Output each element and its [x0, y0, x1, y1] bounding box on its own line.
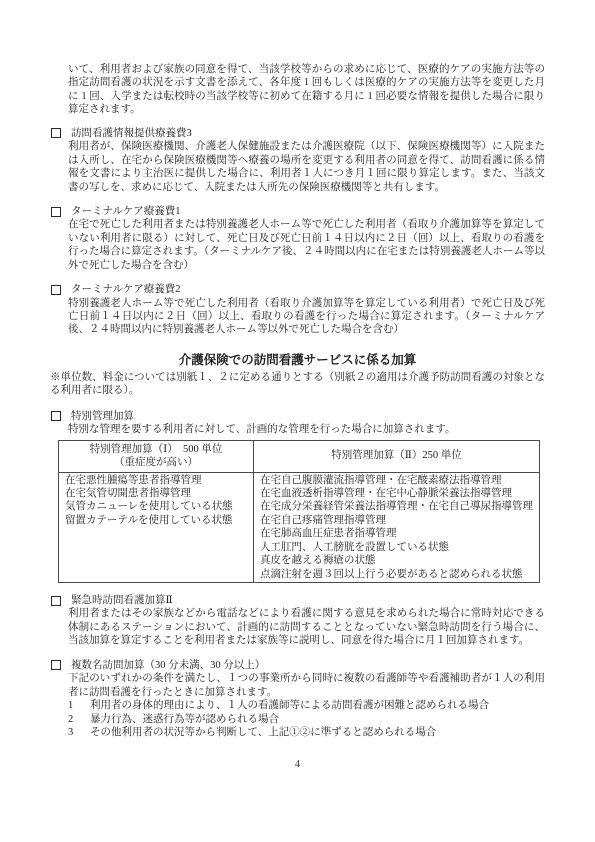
continuation-paragraph: いて、利用者および家族の同意を得て、当該学校等からの求めに応じて、医療的ケアの実…	[68, 63, 545, 117]
condition-item: 3 その他利用者の状況等から判断して、上記①②に準ずると認められる場合	[68, 726, 545, 739]
checkbox-icon	[51, 660, 61, 670]
section-title: 緊急時訪問看護加算Ⅱ	[71, 594, 173, 607]
kaigo-hoken-heading: 介護保険での訪問看護サービスに係る加算	[50, 352, 545, 368]
table-col1-header-line2: （重症度が高い）	[63, 456, 249, 469]
table-cell-line: 在宅血液透析指導管理・在宅中心静脈栄養法指導管理	[260, 487, 533, 500]
section-title: ターミナルケア療養費2	[71, 283, 181, 296]
table-cell-line: 在宅悪性腫瘍等患者指導管理	[65, 474, 247, 487]
condition-item: 2 暴力行為、迷惑行為等が認められる場合	[68, 713, 545, 726]
section-title: 特別管理加算	[71, 410, 134, 423]
special-management-table: 特別管理加算（Ⅰ） 500 単位 （重症度が高い） 特別管理加算（Ⅱ）250 単…	[58, 440, 540, 583]
table-cell-line: 在宅成分栄養経管栄養法指導管理・在宅自己導尿指導管理	[260, 500, 533, 513]
table-col1-header: 特別管理加算（Ⅰ） 500 単位 （重症度が高い）	[59, 440, 254, 472]
section-heading-row: 訪問看護情報提供療養費3	[50, 127, 545, 140]
section-title: 複数名訪問加算（30 分未満、30 分以上）	[71, 659, 265, 672]
table-cell-line: 在宅自己疼痛管理指導管理	[260, 514, 533, 527]
checkbox-icon	[51, 128, 61, 138]
table-cell-line: 点滴注射を週３回以上行う必要があると認められる状態	[260, 568, 533, 581]
section-title: 訪問看護情報提供療養費3	[71, 127, 192, 140]
table-col2-cell: 在宅自己腹膜灌流指導管理・在宅酸素療法指導管理 在宅血液透析指導管理・在宅中心静…	[254, 472, 540, 583]
section-houmon-kango-jouhou-teikyou-3: 訪問看護情報提供療養費3 利用者が、保険医療機関、介護老人保健施設または介護医療…	[50, 127, 545, 194]
condition-number: 3	[68, 726, 90, 739]
checkbox-icon	[51, 411, 61, 421]
checkbox-icon	[51, 285, 61, 295]
section-terminal-care-1: ターミナルケア療養費1 在宅で死亡した利用者または特別養護老人ホーム等で死亡した…	[50, 205, 545, 272]
table-cell-line: 在宅肺高血圧症患者指導管理	[260, 527, 533, 540]
condition-item: 1 利用者の身体的理由により、１人の看護師等による訪問看護が困難と認められる場合	[68, 699, 545, 712]
table-cell-line: 真皮を越える褥瘡の状態	[260, 554, 533, 567]
section-heading-row: 複数名訪問加算（30 分未満、30 分以上）	[50, 659, 545, 672]
section-body: 特別な管理を要する利用者に対して、計画的な管理を行った場合に加算されます。	[68, 423, 545, 436]
section-heading-row: 緊急時訪問看護加算Ⅱ	[50, 594, 545, 607]
section-heading-row: 特別管理加算	[50, 410, 545, 423]
checkbox-icon	[51, 207, 61, 217]
condition-text: 暴力行為、迷惑行為等が認められる場合	[90, 713, 279, 726]
section-kinkyuji-houmon-kango-kasan-2: 緊急時訪問看護加算Ⅱ 利用者またはその家族などから電話などにより看護に関する意見…	[50, 594, 545, 648]
section-terminal-care-2: ターミナルケア療養費2 特別養護老人ホーム等で死亡した利用者（看取り介護加算等を…	[50, 283, 545, 337]
condition-number: 2	[68, 713, 90, 726]
unit-price-note: ※単位数、料金については別紙１、２に定める通りとする（別紙２の適用は介護予防訪問…	[50, 371, 545, 398]
section-title: ターミナルケア療養費1	[71, 205, 181, 218]
document-page: いて、利用者および家族の同意を得て、当該学校等からの求めに応じて、医療的ケアの実…	[0, 0, 595, 842]
section-tokubetsu-kanri-kasan: 特別管理加算 特別な管理を要する利用者に対して、計画的な管理を行った場合に加算さ…	[50, 410, 545, 583]
table-cell-line: 気管カニューレを使用している状態	[65, 500, 247, 513]
table-cell-line: 留置カテーテルを使用している状態	[65, 514, 247, 527]
table-cell-line: 在宅自己腹膜灌流指導管理・在宅酸素療法指導管理	[260, 474, 533, 487]
condition-number: 1	[68, 699, 90, 712]
section-body: 利用者またはその家族などから電話などにより看護に関する意見を求められた場合に常時…	[68, 607, 545, 647]
section-body: 下記のいずれかの条件を満たし、１つの事業所から同時に複数の看護師等や看護補助者が…	[68, 672, 545, 699]
page-number: 4	[0, 758, 595, 771]
section-body: 在宅で死亡した利用者または特別養護老人ホーム等で死亡した利用者（看取り介護加算等…	[68, 218, 545, 272]
section-body: 利用者が、保険医療機関、介護老人保健施設または介護医療院（以下、保険医療機関等）…	[68, 140, 545, 194]
condition-text: その他利用者の状況等から判断して、上記①②に準ずると認められる場合	[90, 726, 436, 739]
table-body-row: 在宅悪性腫瘍等患者指導管理 在宅気管切開患者指導管理 気管カニューレを使用してい…	[59, 472, 540, 583]
table-col1-cell: 在宅悪性腫瘍等患者指導管理 在宅気管切開患者指導管理 気管カニューレを使用してい…	[59, 472, 254, 583]
condition-text: 利用者の身体的理由により、１人の看護師等による訪問看護が困難と認められる場合	[90, 699, 489, 712]
table-cell-line: 在宅気管切開患者指導管理	[65, 487, 247, 500]
table-col2-header: 特別管理加算（Ⅱ）250 単位	[254, 440, 540, 472]
checkbox-icon	[51, 596, 61, 606]
table-col1-header-line1: 特別管理加算（Ⅰ） 500 単位	[63, 443, 249, 456]
section-fukusuumei-houmon-kasan: 複数名訪問加算（30 分未満、30 分以上） 下記のいずれかの条件を満たし、１つ…	[50, 659, 545, 740]
table-cell-line: 人工肛門、人工膀胱を設置している状態	[260, 541, 533, 554]
section-body: 特別養護老人ホーム等で死亡した利用者（看取り介護加算等を算定している利用者）で死…	[68, 297, 545, 337]
section-heading-row: ターミナルケア療養費2	[50, 283, 545, 296]
section-heading-row: ターミナルケア療養費1	[50, 205, 545, 218]
table-header-row: 特別管理加算（Ⅰ） 500 単位 （重症度が高い） 特別管理加算（Ⅱ）250 単…	[59, 440, 540, 472]
